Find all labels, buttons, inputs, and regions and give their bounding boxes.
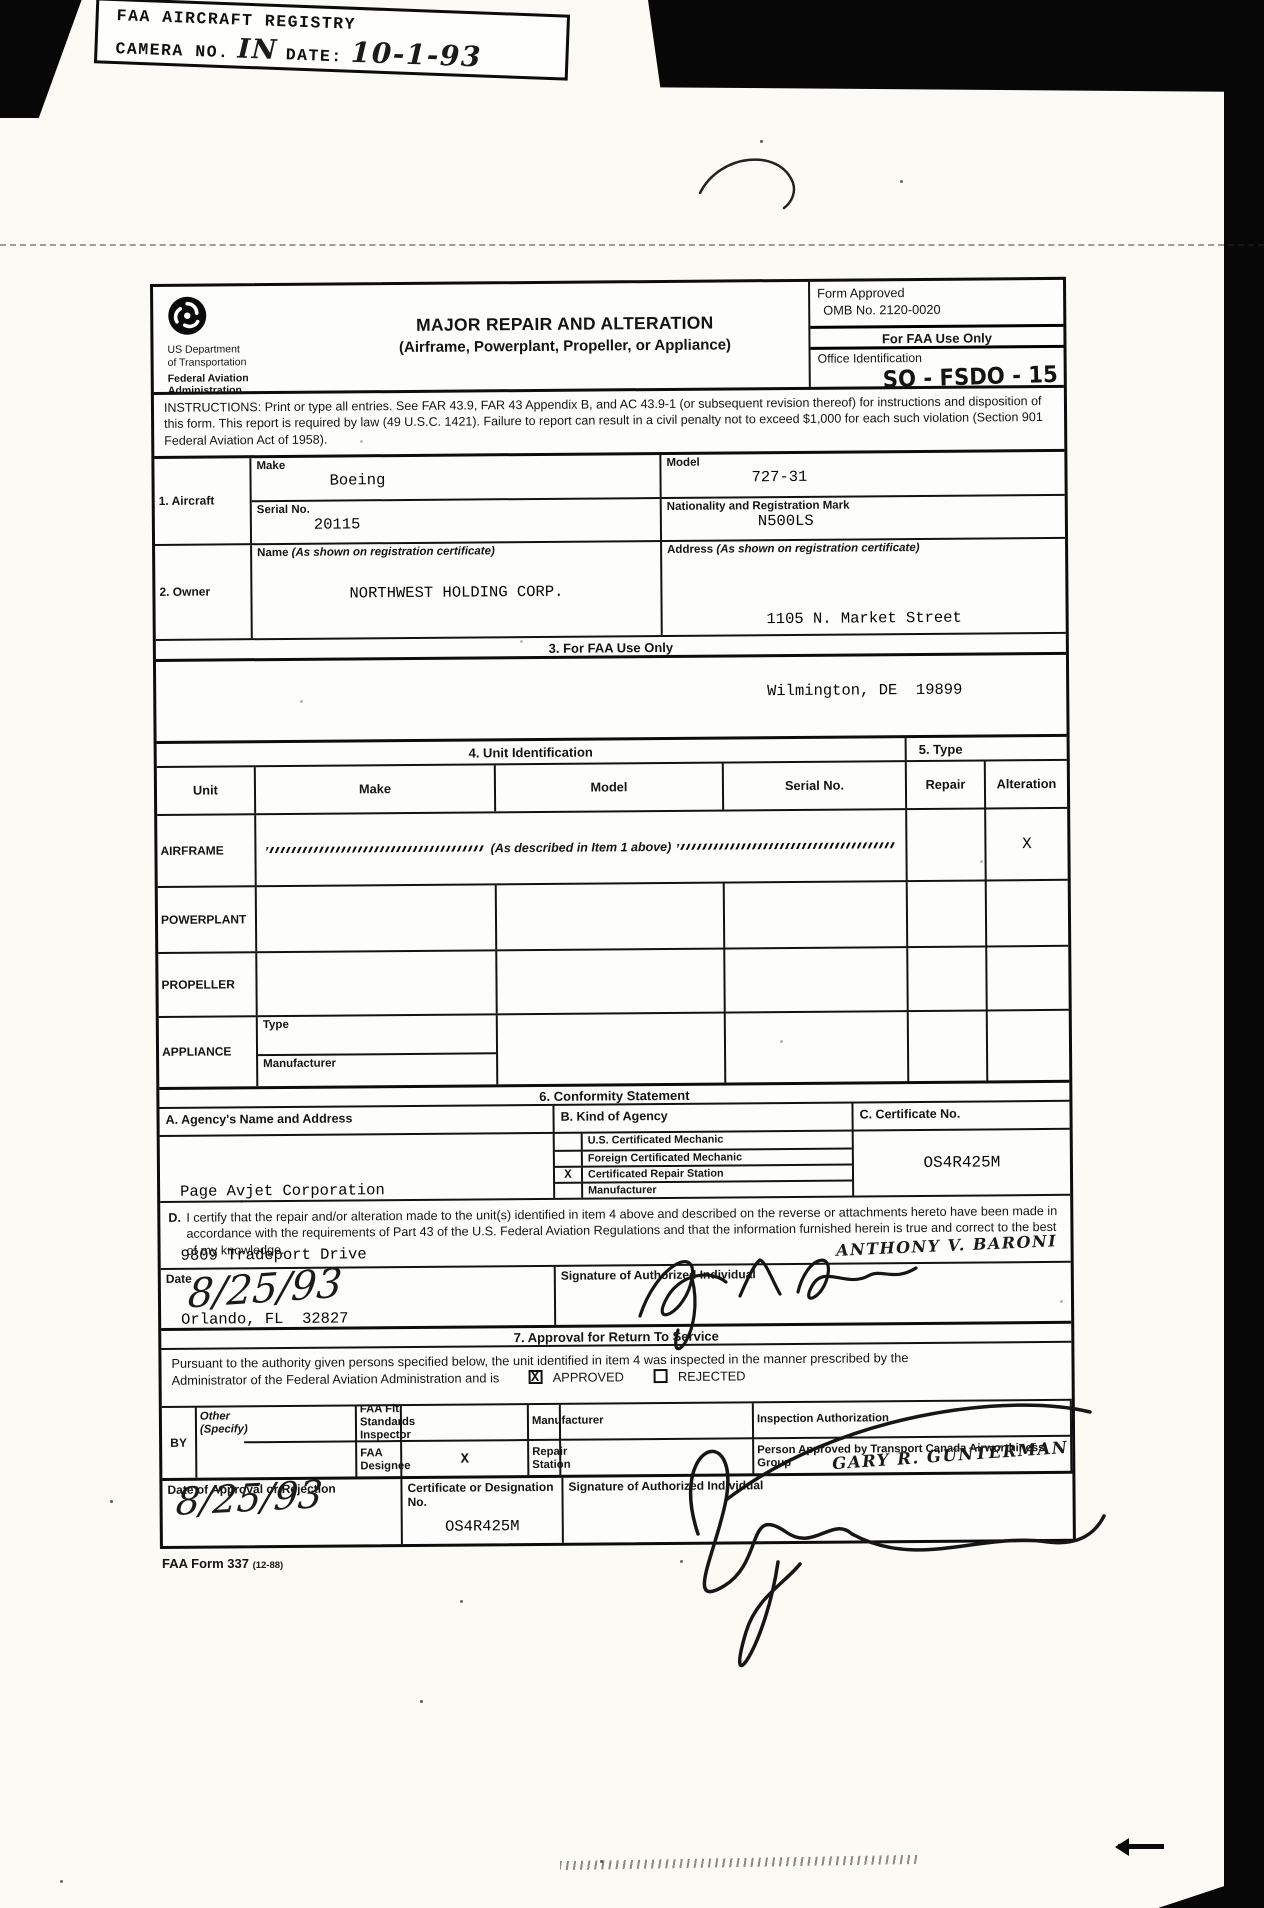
stamp-date-handwritten: 10-1-93 xyxy=(350,36,482,74)
approval-date-cell: Date of Approval or Rejection xyxy=(162,1479,401,1546)
approval-date-label: Date of Approval or Rejection xyxy=(162,1479,400,1497)
owner-name-label: Name xyxy=(257,547,288,559)
aircraft-section-label: 1. Aircraft xyxy=(154,458,252,544)
repair-station-checkbox: X xyxy=(555,1167,583,1181)
approval-cert-cell: Certificate or Designation No. OS4R425M xyxy=(400,1478,562,1544)
certificate-no-header: C. Certificate No. xyxy=(851,1102,1069,1130)
stamp-date-label: DATE: xyxy=(285,45,343,66)
aircraft-model-cell: Model 727-31 xyxy=(661,452,1064,497)
owner-address-cell: Address (As shown on registration certif… xyxy=(660,539,1066,635)
form-edition: (12-88) xyxy=(253,1560,284,1571)
owner-address-label-paren: (As shown on registration certificate) xyxy=(716,542,919,556)
powerplant-label: POWERPLANT xyxy=(158,887,255,952)
foreign-mechanic-checkbox xyxy=(555,1151,583,1165)
aircraft-make-cell: Make Boeing xyxy=(251,455,659,500)
appliance-row: APPLIANCE Type Manufacturer xyxy=(159,1009,1070,1087)
owner-section: 2. Owner Name (As shown on registration … xyxy=(155,537,1066,639)
office-identification-box: Office Identification SO - FSDO - 15 xyxy=(811,348,1064,390)
aircraft-make-value: Boeing xyxy=(329,469,659,490)
conformity-body: Page Avjet Corporation 9809 Tradeport Dr… xyxy=(160,1128,1070,1201)
for-faa-use-only-label: For FAA Use Only xyxy=(810,324,1063,350)
propeller-row: PROPELLER xyxy=(158,945,1068,1016)
manufacturer-label: Manufacturer xyxy=(583,1183,657,1198)
flt-standards-label: FAA Flt. Standards Inspector xyxy=(357,1406,402,1442)
dept-line2: of Transportation xyxy=(168,355,322,369)
conformity-signature-row: Date Signature of Authorized Individual xyxy=(161,1261,1071,1328)
transport-canada-label: Person Approved by Transport Canada Airw… xyxy=(754,1437,1072,1475)
kind-of-agency-header: B. Kind of Agency xyxy=(552,1103,851,1131)
squiggle-line-right xyxy=(677,842,895,850)
owner-name-cell: Name (As shown on registration certifica… xyxy=(252,542,661,638)
approval-signature-label: Signature of Authorized Individual xyxy=(563,1474,1072,1494)
rejected-label: REJECTED xyxy=(678,1369,746,1385)
aircraft-serial-cell: Serial No. 20115 xyxy=(252,497,660,543)
aircraft-registration-cell: Nationality and Registration Mark N500LS xyxy=(662,494,1065,540)
form-approved-label: Form Approved xyxy=(817,283,1063,302)
col-unit: Unit xyxy=(157,767,254,814)
camera-no-label: CAMERA NO. xyxy=(115,39,230,62)
manufacturer-by-label: Manufacturer xyxy=(529,1405,561,1441)
owner-section-label: 2. Owner xyxy=(155,545,253,639)
signature-label: Signature of Authorized Individual xyxy=(556,1263,1071,1283)
by-label: BY xyxy=(162,1407,198,1477)
owner-name-label-paren: (As shown on registration certificate) xyxy=(292,545,495,559)
squiggle-line-left xyxy=(266,845,484,853)
us-mechanic-checkbox xyxy=(555,1133,583,1149)
approval-cert-value: OS4R425M xyxy=(403,1517,562,1536)
date-cell: Date xyxy=(161,1267,554,1328)
owner-address-line1: 1105 N. Market Street xyxy=(663,605,1066,632)
dot-logo-icon xyxy=(167,296,207,336)
owner-address-label: Address xyxy=(667,543,713,555)
approval-signature-cell: Signature of Authorized Individual xyxy=(561,1474,1072,1543)
rejected-checkbox xyxy=(653,1369,667,1383)
manufacturer-checkbox xyxy=(555,1183,583,1197)
date-label: Date xyxy=(161,1267,554,1286)
type-title: 5. Type xyxy=(905,737,1067,760)
certificate-no-value: OS4R425M xyxy=(852,1130,1070,1196)
certification-d-label: D. xyxy=(168,1210,181,1227)
faa-designee-label: FAA Designee xyxy=(357,1442,402,1478)
faa-designee-checkbox xyxy=(244,1442,357,1479)
omb-number: OMB No. 2120-0020 xyxy=(817,300,1063,319)
approved-checkbox: X xyxy=(529,1370,543,1384)
col-model: Model xyxy=(494,763,722,811)
certification-text: I certify that the repair and/or alterat… xyxy=(186,1204,1057,1258)
aircraft-serial-value: 20115 xyxy=(314,513,660,534)
approved-label: APPROVED xyxy=(553,1370,624,1386)
aircraft-section: 1. Aircraft Make Boeing Serial No. 20115… xyxy=(154,449,1065,544)
repair-station-by-checkbox: X xyxy=(402,1441,529,1478)
us-mechanic-label: U.S. Certificated Mechanic xyxy=(583,1132,724,1149)
scan-artifact-top-band xyxy=(648,0,1264,92)
faa-form-337: US Department of Transportation Federal … xyxy=(150,277,1076,1549)
scan-fold-line xyxy=(0,244,1264,246)
agency-name-header: A. Agency's Name and Address xyxy=(159,1106,552,1135)
other-specify-label: Other (Specify) xyxy=(197,1407,245,1479)
scan-bottom-scribble xyxy=(560,1855,920,1870)
flt-standards-checkbox xyxy=(244,1406,357,1443)
pursuant-line2: Administrator of the Federal Aviation Ad… xyxy=(172,1371,500,1389)
col-serial: Serial No. xyxy=(722,762,905,809)
col-make: Make xyxy=(254,765,494,813)
powerplant-row: POWERPLANT xyxy=(158,879,1068,952)
airframe-alteration-mark: X xyxy=(984,809,1068,880)
faa-line2: Administration xyxy=(168,384,322,397)
kind-of-agency-list: U.S. Certificated Mechanic Foreign Certi… xyxy=(553,1131,852,1197)
col-alteration: Alteration xyxy=(984,761,1067,808)
appliance-label: APPLIANCE xyxy=(159,1017,257,1087)
manufacturer-by-checkbox xyxy=(402,1405,529,1442)
owner-name-value: NORTHWEST HOLDING CORP. xyxy=(252,582,660,603)
form-title-cell: MAJOR REPAIR AND ALTERATION (Airframe, P… xyxy=(321,282,809,391)
form-header: US Department of Transportation Federal … xyxy=(153,280,1064,392)
airframe-note: (As described in Item 1 above) xyxy=(491,840,672,855)
certification-statement: D. I certify that the repair and/or alte… xyxy=(160,1194,1070,1268)
aircraft-model-value: 727-31 xyxy=(751,466,1064,486)
col-repair: Repair xyxy=(905,761,984,808)
transport-canada-checkbox xyxy=(561,1439,754,1477)
aircraft-registration-value: N500LS xyxy=(758,510,1065,530)
repair-station-by-label: Repair Station xyxy=(529,1441,561,1477)
approved-mark: X xyxy=(531,1369,540,1388)
approval-bottom-row: Date of Approval or Rejection Certificat… xyxy=(162,1471,1073,1546)
left-arrow-mark xyxy=(1118,1844,1164,1849)
dept-line1: US Department xyxy=(167,343,321,357)
owner-address-line2: Wilmington, DE 19899 xyxy=(663,677,1066,704)
dot-logo-cell: US Department of Transportation Federal … xyxy=(153,286,322,392)
omb-approval-box: Form Approved OMB No. 2120-0020 xyxy=(810,280,1063,326)
scan-artifact-right-strip xyxy=(1224,58,1264,1908)
agency-name-address: Page Avjet Corporation 9809 Tradeport Dr… xyxy=(160,1134,553,1201)
airframe-label: AIRFRAME xyxy=(157,815,255,886)
propeller-label: PROPELLER xyxy=(158,953,255,1016)
form-footer: FAA Form 337 (12-88) xyxy=(162,1556,283,1571)
form-number: FAA Form 337 xyxy=(162,1556,249,1571)
form-title: MAJOR REPAIR AND ALTERATION xyxy=(321,312,808,337)
scanned-faa-form-337-page: { "registry_stamp": { "line1": "FAA AIRC… xyxy=(0,0,1264,1908)
repair-station-label: Certificated Repair Station xyxy=(583,1166,724,1181)
airframe-note-cell: (As described in Item 1 above) xyxy=(254,810,906,885)
airframe-repair-mark xyxy=(905,809,985,880)
approved-by-table: BY FAA Flt. Standards Inspector Manufact… xyxy=(162,1399,1073,1478)
scan-pen-hook-artifact xyxy=(695,148,805,218)
inspection-auth-label: Inspection Authorization xyxy=(754,1401,1072,1439)
camera-no-handwritten: IN xyxy=(237,34,278,66)
appliance-manufacturer-label: Manufacturer xyxy=(258,1052,496,1086)
unit-table-column-headers: Unit Make Model Serial No. Repair Altera… xyxy=(157,759,1067,814)
scan-artifact-top-left xyxy=(0,0,102,118)
approval-cert-label: Certificate or Designation No. xyxy=(402,1478,561,1509)
appliance-type-label: Type xyxy=(258,1015,496,1054)
foreign-mechanic-label: Foreign Certificated Mechanic xyxy=(583,1150,742,1165)
airframe-row: AIRFRAME (As described in Item 1 above) … xyxy=(157,807,1068,886)
form-approved-column: Form Approved OMB No. 2120-0020 For FAA … xyxy=(808,280,1064,387)
form-subtitle: (Airframe, Powerplant, Propeller, or App… xyxy=(321,336,808,357)
signature-cell: Signature of Authorized Individual xyxy=(554,1263,1071,1325)
registry-camera-stamp: FAA AIRCRAFT REGISTRY CAMERA NO. IN DATE… xyxy=(94,0,570,81)
inspection-auth-checkbox xyxy=(561,1403,754,1441)
